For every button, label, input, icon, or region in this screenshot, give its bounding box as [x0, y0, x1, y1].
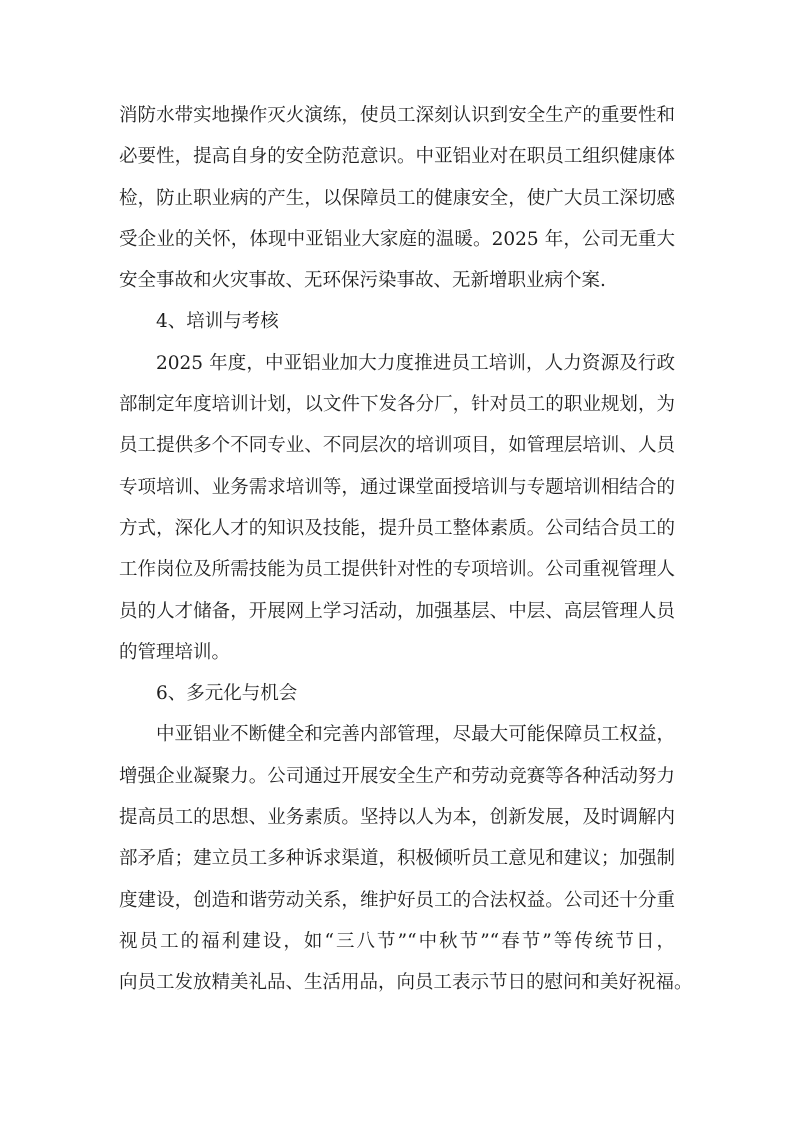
text-line: 提高员工的思想、业务素质。坚持以人为本，创新发展，及时调解内	[119, 797, 675, 838]
paragraph-training: 2025 年度，中亚铝业加大力度推进员工培训，人力资源及行政 部制定年度培训计划…	[119, 343, 675, 673]
paragraph-safety-continued: 消防水带实地操作灭火演练，使员工深刻认识到安全生产的重要性和 必要性，提高自身的…	[119, 95, 675, 301]
text-line: 受企业的关怀，体现中亚铝业大家庭的温暖。2025 年，公司无重大	[119, 219, 675, 260]
text-line: 员工提供多个不同专业、不同层次的培训项目，如管理层培训、人员	[119, 425, 675, 466]
text-line: 中亚铝业不断健全和完善内部管理，尽最大可能保障员工权益，	[119, 714, 675, 755]
section-heading-training: 4、培训与考核	[119, 301, 675, 342]
text-line: 向员工发放精美礼品、生活用品，向员工表示节日的慰问和美好祝福。	[119, 962, 675, 1003]
text-line: 度建设，创造和谐劳动关系，维护好员工的合法权益。公司还十分重	[119, 880, 675, 921]
text-line: 2025 年度，中亚铝业加大力度推进员工培训，人力资源及行政	[119, 343, 675, 384]
text-line: 增强企业凝聚力。公司通过开展安全生产和劳动竞赛等各种活动努力	[119, 756, 675, 797]
text-line: 专项培训、业务需求培训等，通过课堂面授培训与专题培训相结合的	[119, 467, 675, 508]
text-line: 消防水带实地操作灭火演练，使员工深刻认识到安全生产的重要性和	[119, 95, 675, 136]
text-line: 检，防止职业病的产生，以保障员工的健康安全，使广大员工深切感	[119, 178, 675, 219]
text-line: 的管理培训。	[119, 632, 675, 673]
text-line: 必要性，提高自身的安全防范意识。中亚铝业对在职员工组织健康体	[119, 136, 675, 177]
text-line: 方式，深化人才的知识及技能，提升员工整体素质。公司结合员工的	[119, 508, 675, 549]
document-body: 消防水带实地操作灭火演练，使员工深刻认识到安全生产的重要性和 必要性，提高自身的…	[119, 95, 675, 1004]
text-line: 视员工的福利建设，如“三八节”“中秋节”“春节”等传统节日，	[119, 921, 675, 962]
text-line: 安全事故和火灾事故、无环保污染事故、无新增职业病个案.	[119, 260, 675, 301]
document-page: 消防水带实地操作灭火演练，使员工深刻认识到安全生产的重要性和 必要性，提高自身的…	[0, 0, 794, 1123]
text-line: 员的人才储备，开展网上学习活动，加强基层、中层、高层管理人员	[119, 591, 675, 632]
section-heading-diversity: 6、多元化与机会	[119, 673, 675, 714]
text-line: 部制定年度培训计划，以文件下发各分厂，针对员工的职业规划，为	[119, 384, 675, 425]
text-line: 工作岗位及所需技能为员工提供针对性的专项培训。公司重视管理人	[119, 549, 675, 590]
text-line: 部矛盾；建立员工多种诉求渠道，积极倾听员工意见和建议；加强制	[119, 838, 675, 879]
paragraph-diversity: 中亚铝业不断健全和完善内部管理，尽最大可能保障员工权益， 增强企业凝聚力。公司通…	[119, 714, 675, 1003]
